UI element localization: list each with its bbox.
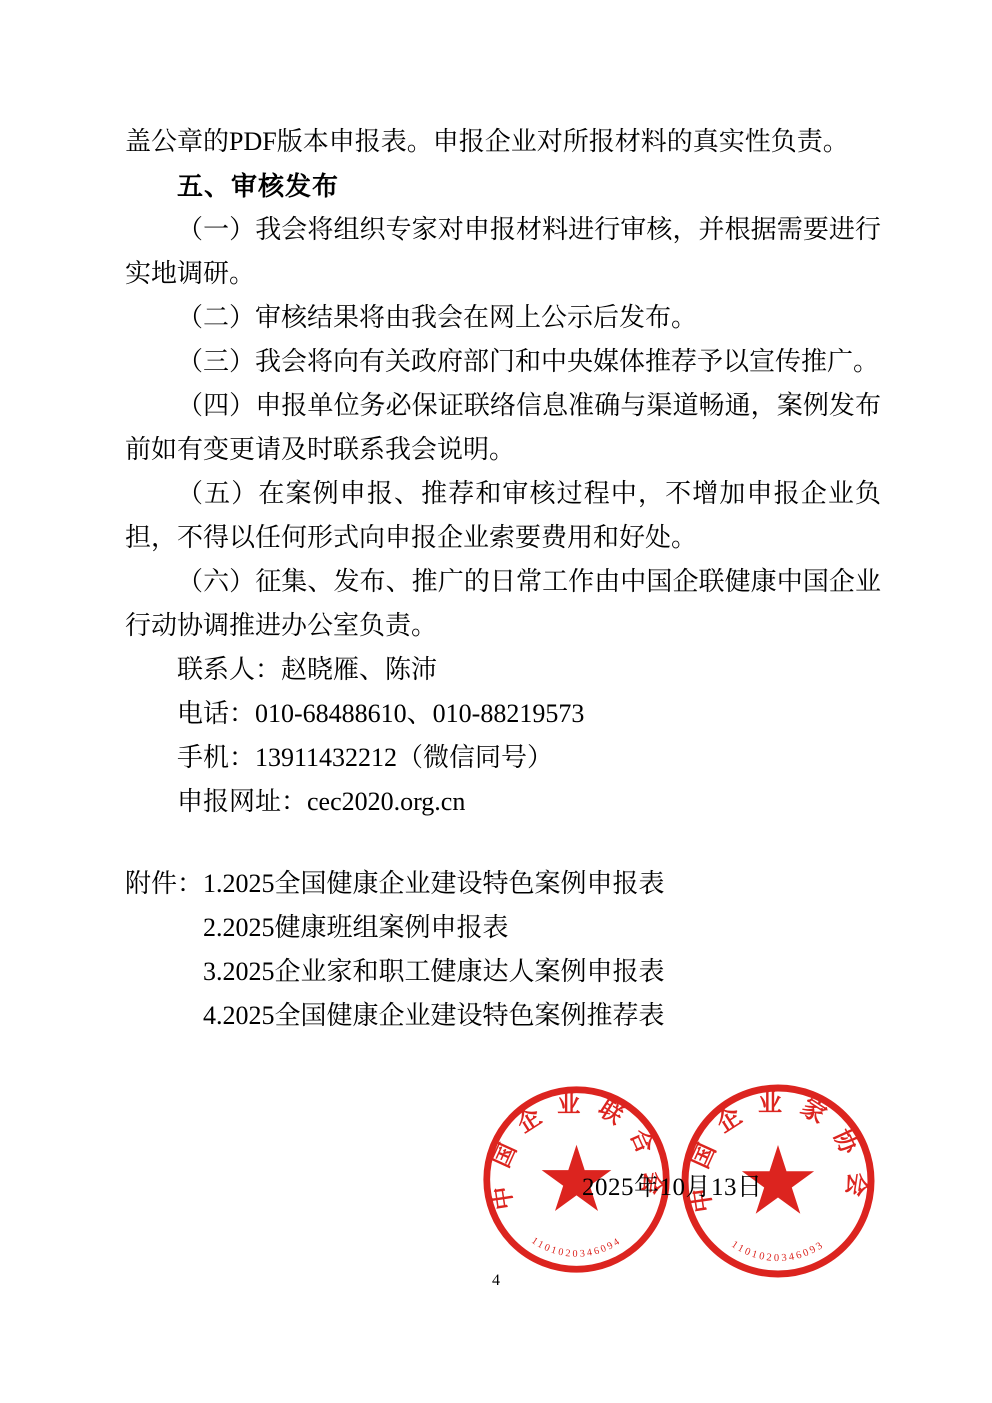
attachments-block: 附件： 1.2025全国健康企业建设特色案例申报表 2.2025健康班组案例申报… (125, 862, 881, 1038)
attachment-item: 3.2025企业家和职工健康达人案例申报表 (203, 950, 665, 994)
attachment-item: 2.2025健康班组案例申报表 (203, 906, 665, 950)
attachment-item: 1.2025全国健康企业建设特色案例申报表 (203, 862, 665, 906)
paragraph-6: （六）征集、发布、推广的日常工作由中国企联健康中国企业行动协调推进办公室负责。 (125, 560, 881, 648)
contact-phone: 电话：010-68488610、010-88219573 (125, 692, 881, 736)
attachments-list: 1.2025全国健康企业建设特色案例申报表 2.2025健康班组案例申报表 3.… (203, 862, 665, 1038)
svg-text:1101020346094: 1101020346094 (529, 1235, 623, 1259)
issue-date: 2025年10月13日 (582, 1167, 763, 1203)
attachments-label: 附件： (125, 862, 203, 906)
contact-mobile: 手机：13911432212（微信同号） (125, 736, 881, 780)
paragraph-2: （二）审核结果将由我会在网上公示后发布。 (125, 296, 881, 340)
paragraph-1: （一）我会将组织专家对申报材料进行审核，并根据需要进行实地调研。 (125, 208, 881, 296)
continuation-paragraph: 盖公章的PDF版本申报表。申报企业对所报材料的真实性负责。 (125, 120, 881, 164)
section-heading: 五、审核发布 (125, 164, 881, 208)
page-number: 4 (0, 1272, 992, 1290)
seal-code-text: 1101020346093 (729, 1239, 827, 1264)
contact-person: 联系人：赵晓雁、陈沛 (125, 648, 881, 692)
contact-website: 申报网址：cec2020.org.cn (125, 780, 881, 824)
seal-code-text: 1101020346094 (529, 1235, 623, 1259)
paragraph-3: （三）我会将向有关政府部门和中央媒体推荐予以宣传推广。 (125, 340, 881, 384)
attachment-item: 4.2025全国健康企业建设特色案例推荐表 (203, 994, 665, 1038)
paragraph-5: （五）在案例申报、推荐和审核过程中，不增加申报企业负担，不得以任何形式向申报企业… (125, 472, 881, 560)
document-body: 盖公章的PDF版本申报表。申报企业对所报材料的真实性负责。 五、审核发布 （一）… (125, 120, 881, 1038)
document-page: 盖公章的PDF版本申报表。申报企业对所报材料的真实性负责。 五、审核发布 （一）… (0, 0, 992, 1403)
svg-text:1101020346093: 1101020346093 (729, 1239, 827, 1264)
paragraph-4: （四）申报单位务必保证联络信息准确与渠道畅通，案例发布前如有变更请及时联系我会说… (125, 384, 881, 472)
